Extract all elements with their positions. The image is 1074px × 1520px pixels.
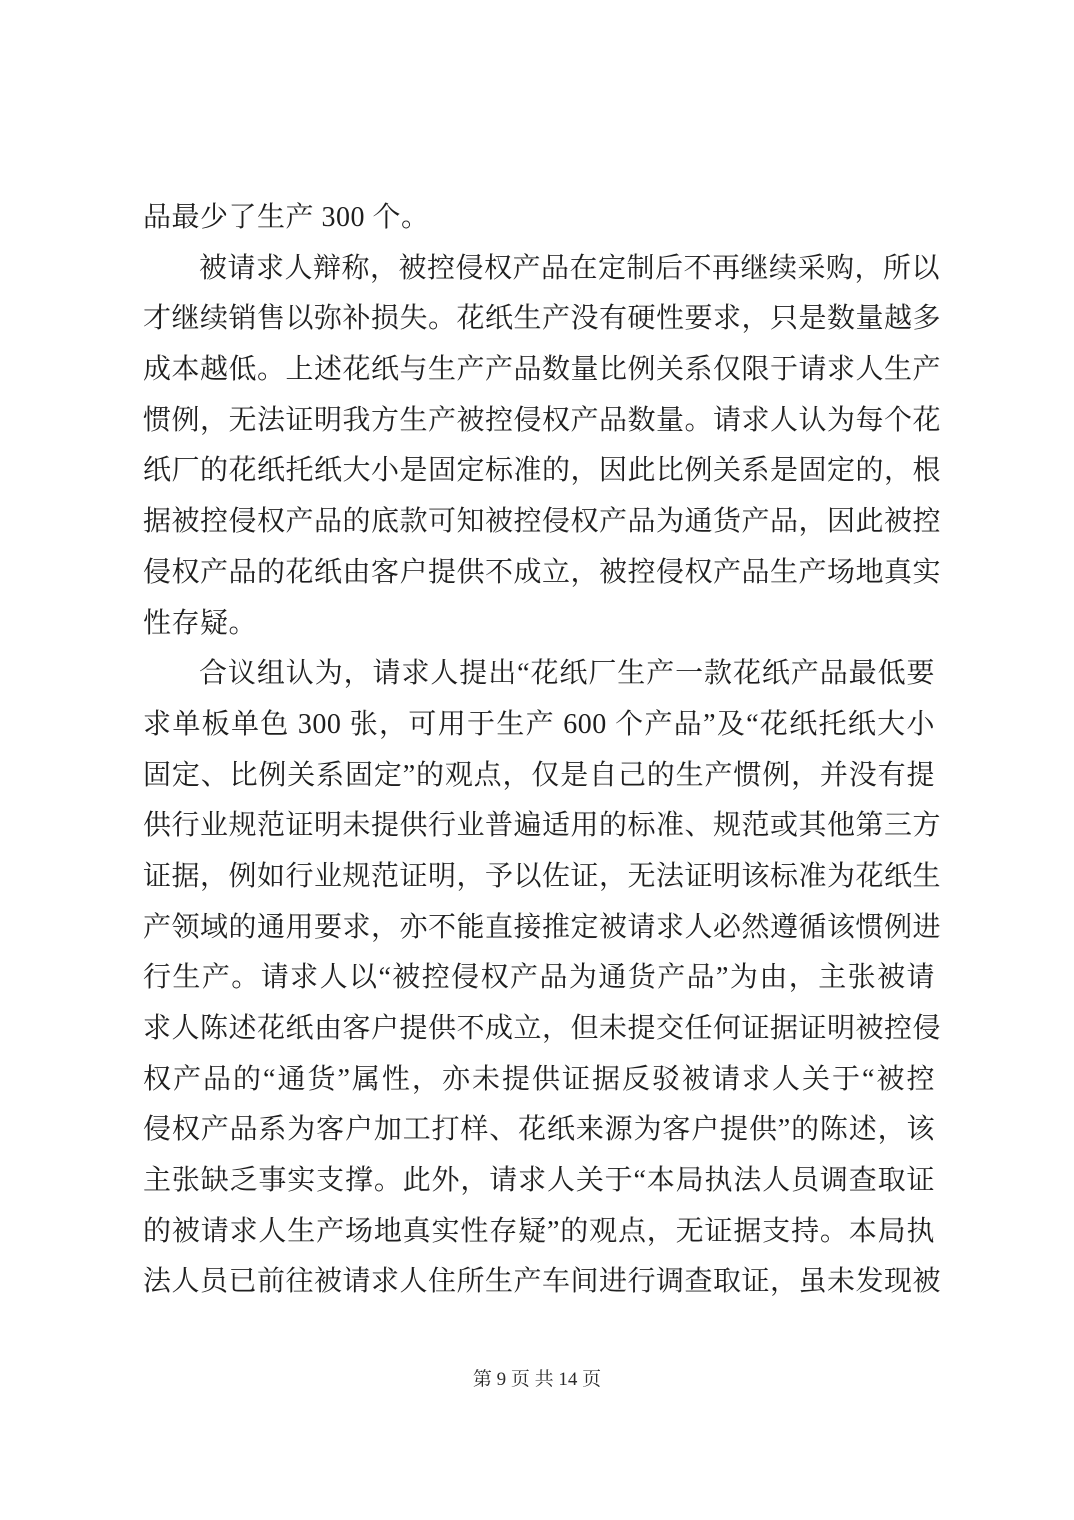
text-line: 被请求人辩称，被控侵权产品在定制后不再继续采购，所以 xyxy=(143,244,935,295)
text-line: 证据，例如行业规范证明，予以佐证，无法证明该标准为花纸生 xyxy=(143,852,935,903)
text-line: 主张缺乏事实支撑。此外，请求人关于“本局执法人员调查取证 xyxy=(143,1156,935,1207)
paragraph-respondent-argument: 被请求人辩称，被控侵权产品在定制后不再继续采购，所以 才继续销售以弥补损失。花纸… xyxy=(143,244,935,650)
text-line: 供行业规范证明未提供行业普遍适用的标准、规范或其他第三方 xyxy=(143,801,935,852)
page-footer: 第 9 页 共 14 页 xyxy=(0,1366,1074,1394)
text-line: 法人员已前往被请求人住所生产车间进行调查取证，虽未发现被 xyxy=(143,1257,935,1308)
text-line: 侵权产品系为客户加工打样、花纸来源为客户提供”的陈述，该 xyxy=(143,1105,935,1156)
text-line: 据被控侵权产品的底款可知被控侵权产品为通货产品，因此被控 xyxy=(143,497,935,548)
page-number: 第 9 页 共 14 页 xyxy=(473,1369,601,1390)
text-line: 性存疑。 xyxy=(143,599,935,650)
text-line: 求单板单色 300 张，可用于生产 600 个产品”及“花纸托纸大小 xyxy=(143,700,935,751)
text-line: 的被请求人生产场地真实性存疑”的观点，无证据支持。本局执 xyxy=(143,1207,935,1258)
paragraph-continuation: 品最少了生产 300 个。 xyxy=(143,193,935,244)
text-line: 产领域的通用要求，亦不能直接推定被请求人必然遵循该惯例进 xyxy=(143,903,935,954)
text-line: 纸厂的花纸托纸大小是固定标准的，因此比例关系是固定的，根 xyxy=(143,446,935,497)
text-line: 侵权产品的花纸由客户提供不成立，被控侵权产品生产场地真实 xyxy=(143,548,935,599)
paragraph-panel-opinion: 合议组认为，请求人提出“花纸厂生产一款花纸产品最低要 求单板单色 300 张，可… xyxy=(143,649,935,1308)
text-line: 惯例，无法证明我方生产被控侵权产品数量。请求人认为每个花 xyxy=(143,396,935,447)
text-line: 才继续销售以弥补损失。花纸生产没有硬性要求，只是数量越多 xyxy=(143,294,935,345)
text-line: 权产品的“通货”属性，亦未提供证据反驳被请求人关于“被控 xyxy=(143,1055,935,1106)
text-line: 成本越低。上述花纸与生产产品数量比例关系仅限于请求人生产 xyxy=(143,345,935,396)
text-line: 合议组认为，请求人提出“花纸厂生产一款花纸产品最低要 xyxy=(143,649,935,700)
text-line: 固定、比例关系固定”的观点，仅是自己的生产惯例，并没有提 xyxy=(143,751,935,802)
text-line: 求人陈述花纸由客户提供不成立，但未提交任何证据证明被控侵 xyxy=(143,1004,935,1055)
document-page: 品最少了生产 300 个。 被请求人辩称，被控侵权产品在定制后不再继续采购，所以… xyxy=(0,0,1074,1520)
document-body: 品最少了生产 300 个。 被请求人辩称，被控侵权产品在定制后不再继续采购，所以… xyxy=(143,193,935,1308)
text-line: 品最少了生产 300 个。 xyxy=(143,193,935,244)
text-line: 行生产。请求人以“被控侵权产品为通货产品”为由，主张被请 xyxy=(143,953,935,1004)
